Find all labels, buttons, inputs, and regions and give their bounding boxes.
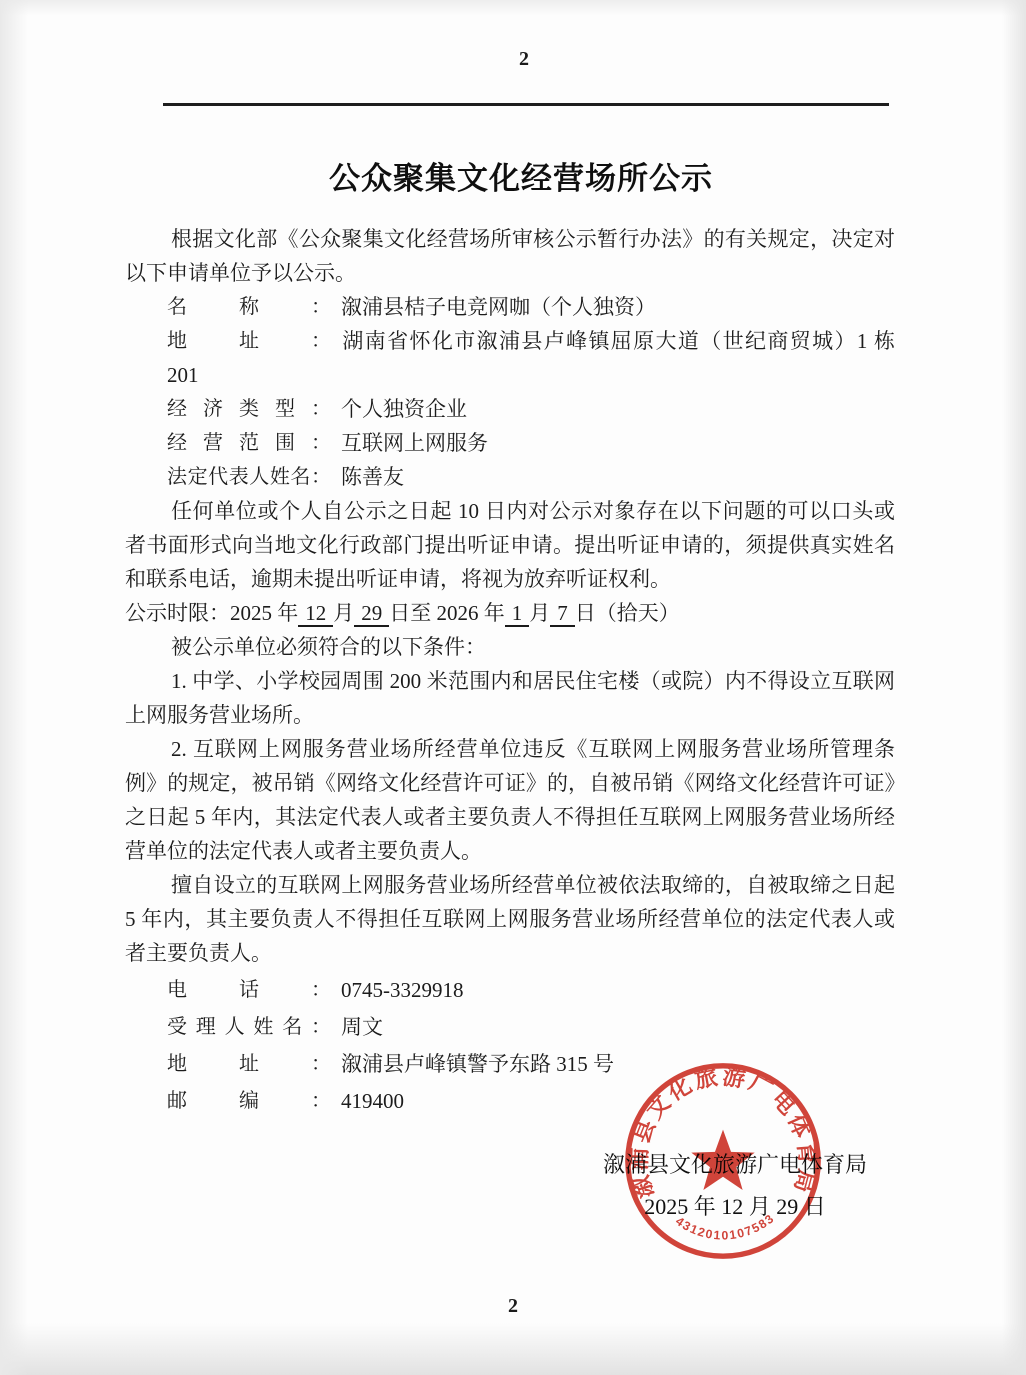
contact-value-address: 溆浦县卢峰镇警予东路 315 号 [341, 1052, 614, 1076]
field-label-name: 名称： [167, 290, 331, 324]
period-sep-1: 月 [333, 601, 354, 625]
field-value-legal-representative: 陈善友 [341, 465, 404, 489]
field-label-legal-representative: 法定代表人姓名： [167, 460, 331, 494]
period-month-2: 1 [505, 601, 530, 627]
period-day-1: 29 [354, 601, 389, 627]
signature-block: 溆浦县文化旅游广电体育局 2025 年 12 月 29 日 [540, 1144, 930, 1228]
contact-value-handler: 周文 [341, 1015, 383, 1039]
contact-row-postcode: 邮编：419400 [125, 1084, 895, 1118]
page-number-top: 2 [0, 48, 1026, 71]
field-value-business-scope: 互联网上网服务 [341, 431, 488, 455]
publicity-period-line: 公示时限：2025 年12月29日至 2026 年1月7日（拾天） [125, 596, 895, 630]
field-value-name: 溆浦县桔子电竞网咖（个人独资） [341, 295, 656, 319]
field-row-legal-representative: 法定代表人姓名：陈善友 [125, 460, 895, 494]
contact-row-phone: 电话：0745-3329918 [125, 973, 895, 1007]
page-number-bottom: 2 [0, 1295, 1026, 1318]
period-suffix: 日（拾天） [575, 601, 680, 625]
period-sep-2: 月 [529, 601, 550, 625]
field-row-address: 地址：湖南省怀化市溆浦县卢峰镇屈原大道（世纪商贸城）1 栋 201 [125, 324, 895, 392]
contact-label-phone: 电话： [167, 973, 331, 1007]
field-row-economic-type: 经济类型：个人独资企业 [125, 392, 895, 426]
intro-paragraph: 根据文化部《公众聚集文化经营场所审核公示暂行办法》的有关规定，决定对以下申请单位… [125, 222, 895, 290]
document-title: 公众聚集文化经营场所公示 [16, 153, 1026, 198]
field-value-economic-type: 个人独资企业 [341, 397, 467, 421]
contact-label-address: 地址： [167, 1047, 331, 1081]
contact-value-phone: 0745-3329918 [341, 978, 464, 1002]
contact-value-postcode: 419400 [341, 1089, 404, 1113]
header-rule [163, 103, 889, 106]
field-row-name: 名称：溆浦县桔子电竞网咖（个人独资） [125, 290, 895, 324]
conditions-intro: 被公示单位必须符合的以下条件： [125, 630, 895, 664]
field-label-business-scope: 经营范围： [167, 426, 331, 460]
contact-label-postcode: 邮编： [167, 1084, 331, 1118]
period-prefix: 公示时限：2025 年 [125, 601, 298, 625]
contact-row-handler: 受理人姓名：周文 [125, 1010, 895, 1044]
period-mid: 日至 2026 年 [389, 601, 505, 625]
condition-1: 1. 中学、小学校园周围 200 米范围内和居民住宅楼（或院）内不得设立互联网上… [125, 664, 895, 732]
period-day-2: 7 [550, 601, 575, 627]
contact-label-handler: 受理人姓名： [167, 1010, 331, 1044]
signature-org: 溆浦县文化旅游广电体育局 [540, 1144, 930, 1186]
field-row-business-scope: 经营范围：互联网上网服务 [125, 426, 895, 460]
contact-section: 电话：0745-3329918 受理人姓名：周文 地址：溆浦县卢峰镇警予东路 3… [125, 973, 895, 1118]
contact-row-address: 地址：溆浦县卢峰镇警予东路 315 号 [125, 1047, 895, 1081]
field-label-address: 地址： [167, 324, 331, 358]
condition-2: 2. 互联网上网服务营业场所经营单位违反《互联网上网服务营业场所管理条例》的规定… [125, 732, 895, 868]
condition-3: 擅自设立的互联网上网服务营业场所经营单位被依法取缔的，自被取缔之日起 5 年内，… [125, 868, 895, 970]
signature-date: 2025 年 12 月 29 日 [540, 1186, 930, 1228]
field-label-economic-type: 经济类型： [167, 392, 331, 426]
hearing-notice-paragraph: 任何单位或个人自公示之日起 10 日内对公示对象存在以下问题的可以口头或者书面形… [125, 494, 895, 596]
period-month-1: 12 [298, 601, 333, 627]
document-body: 根据文化部《公众聚集文化经营场所审核公示暂行办法》的有关规定，决定对以下申请单位… [125, 222, 895, 1118]
